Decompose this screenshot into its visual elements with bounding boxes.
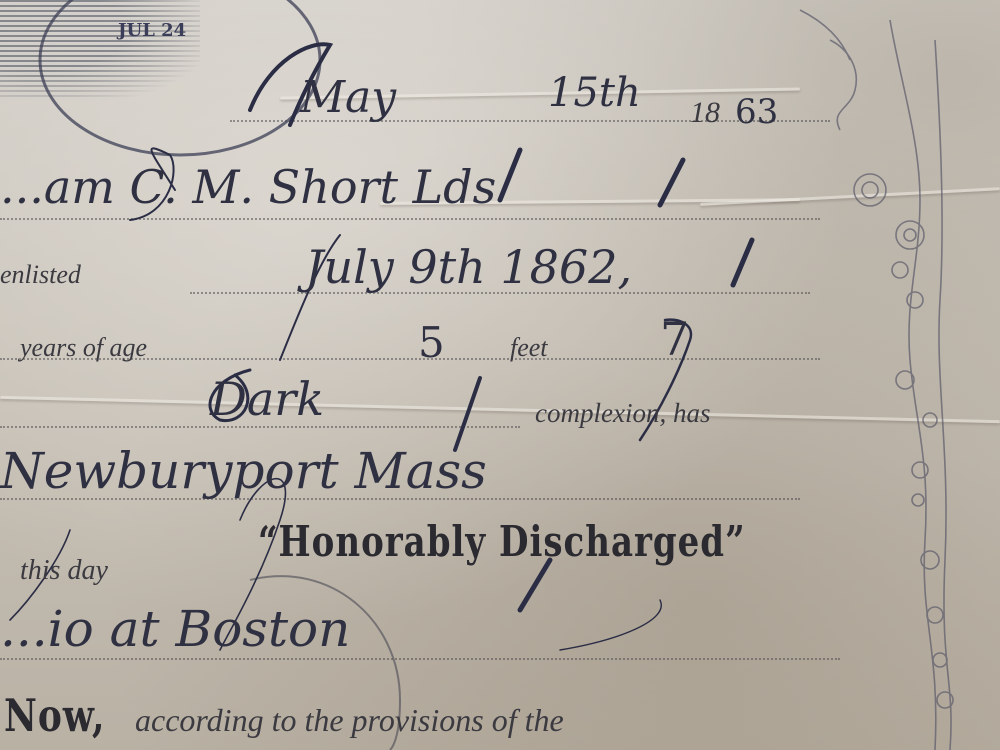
postmark-date: JUL 24 [118, 20, 186, 41]
discharge-place: ...io at Boston [0, 600, 350, 658]
date-month: May [300, 72, 396, 123]
date-day: 15th [548, 70, 641, 116]
soldier-name: ...am C. M. Short Lds [0, 160, 496, 214]
footer-text: according to the provisions of the [135, 702, 564, 739]
height-inches-value: 7 [660, 312, 689, 366]
complexion-label: complexion, has [535, 398, 710, 429]
hometown-value: Newburyport Mass [0, 442, 487, 500]
enlistment-date: July 9th 1862, [305, 240, 632, 294]
age-label: years of age [20, 333, 147, 363]
date-year-printed: 18 [690, 96, 720, 130]
date-year-handwritten: 63 [735, 92, 778, 132]
footer-lead: Now, [4, 690, 106, 743]
this-day-label: this day [20, 555, 108, 587]
discharge-status: “Honorably Discharged” [258, 517, 746, 567]
height-feet-value: 5 [418, 318, 445, 367]
complexion-value: Dark [210, 372, 324, 426]
ornamental-border [800, 10, 953, 750]
feet-label: feet [510, 333, 548, 363]
enlisted-label: enlisted [0, 260, 81, 290]
